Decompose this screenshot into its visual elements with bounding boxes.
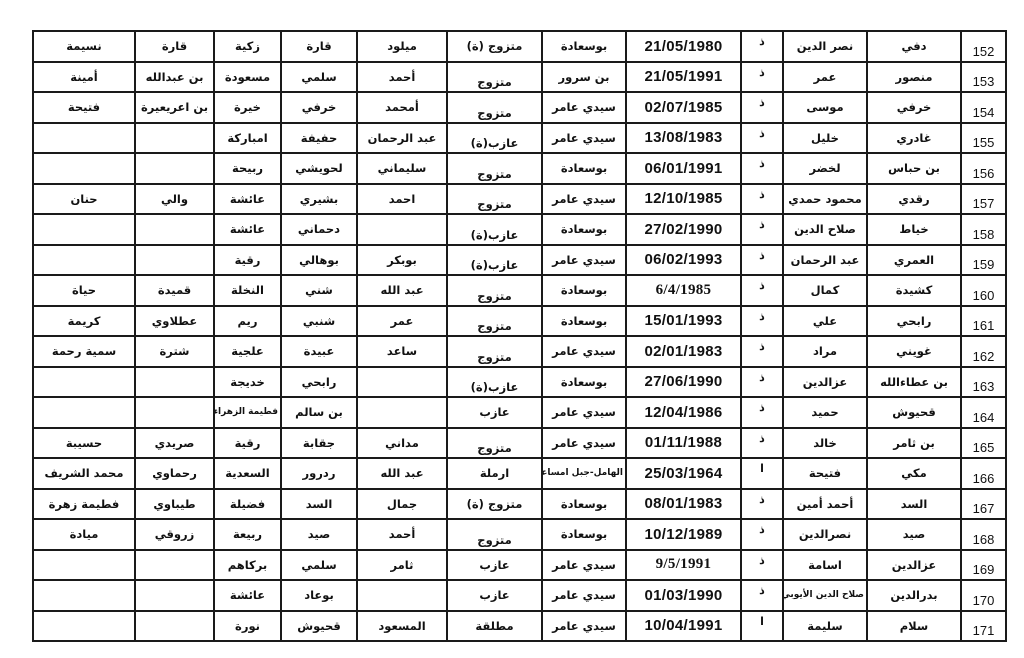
table-row: حسيبةصريديرقيةجقابةمدانيمتزوجسيدي عامر01… [33, 428, 1006, 459]
table-row: محمد الشريفرحماويالسعديةردرورعبد اللهارم… [33, 458, 1006, 489]
mother-first-name-2-cell: ميادة [33, 519, 135, 550]
mother-last-name-2-cell: قميدة [135, 275, 214, 306]
mother-first-name-cell: زكية [214, 31, 281, 62]
birth-place-cell: سيدي عامر [542, 184, 626, 215]
birth-date-cell: 21/05/1980 [626, 31, 741, 62]
last-name-cell: مكي [867, 458, 961, 489]
sex-cell: ذ [741, 428, 783, 459]
mother-last-name-2-cell [135, 123, 214, 154]
father-name-cell [357, 367, 447, 398]
mother-first-name-2-cell: فتيحة [33, 92, 135, 123]
marital-status-cell: متزوج [447, 184, 542, 215]
father-name-cell: ساعد [357, 336, 447, 367]
birth-place-cell: سيدي عامر [542, 123, 626, 154]
last-name-cell: دفي [867, 31, 961, 62]
mother-last-name-2-cell [135, 397, 214, 428]
mother-first-name-2-cell [33, 397, 135, 428]
mother-first-name-2-cell: أمينة [33, 62, 135, 93]
last-name-cell: صيد [867, 519, 961, 550]
row-number-cell: 162 [961, 336, 1006, 367]
marital-status-cell: متزوج [447, 336, 542, 367]
mother-last-name-cell: بوعاد [281, 580, 357, 611]
sex-cell: ذ [741, 550, 783, 581]
sex-cell: ذ [741, 31, 783, 62]
marital-status-cell: عازب [447, 397, 542, 428]
birth-place-cell: بوسعادة [542, 31, 626, 62]
mother-first-name-cell: علجية [214, 336, 281, 367]
first-name-cell: خالد [783, 428, 867, 459]
birth-date-cell: 12/10/1985 [626, 184, 741, 215]
mother-last-name-2-cell: طيباوي [135, 489, 214, 520]
table-row: نسيمةقارةزكيةقارةميلودمتزوج (ة)بوسعادة21… [33, 31, 1006, 62]
sex-cell: ذ [741, 519, 783, 550]
last-name-cell: منصور [867, 62, 961, 93]
birth-place-cell: بوسعادة [542, 153, 626, 184]
sex-cell: ذ [741, 62, 783, 93]
sex-cell: ذ [741, 184, 783, 215]
mother-first-name-2-cell [33, 367, 135, 398]
birth-place-cell: سيدي عامر [542, 336, 626, 367]
mother-last-name-cell: خرفي [281, 92, 357, 123]
table-row: أمينةبن عبداللهمسعودةسلميأحمدمتزوجبن سرو… [33, 62, 1006, 93]
birth-place-cell: سيدي عامر [542, 397, 626, 428]
first-name-cell: محمود حمدي [783, 184, 867, 215]
last-name-cell: كشيدة [867, 275, 961, 306]
mother-last-name-cell: جقابة [281, 428, 357, 459]
table-row: عائشةبوعادعازبسيدي عامر01/03/1990ذصلاح ا… [33, 580, 1006, 611]
birth-date-cell: 9/5/1991 [626, 550, 741, 581]
mother-last-name-2-cell: صريدي [135, 428, 214, 459]
mother-first-name-cell: خديجة [214, 367, 281, 398]
birth-place-cell: بوسعادة [542, 489, 626, 520]
birth-place-cell: الهامل-جبل امساعد [542, 458, 626, 489]
mother-last-name-2-cell: قارة [135, 31, 214, 62]
mother-first-name-2-cell: حسيبة [33, 428, 135, 459]
first-name-cell: أحمد أمين [783, 489, 867, 520]
mother-first-name-2-cell [33, 153, 135, 184]
mother-first-name-cell: فضيلة [214, 489, 281, 520]
first-name-cell: عمر [783, 62, 867, 93]
birth-date-cell: 02/07/1985 [626, 92, 741, 123]
mother-last-name-2-cell: رحماوي [135, 458, 214, 489]
marital-status-cell: عازب(ة) [447, 214, 542, 245]
birth-date-cell: 25/03/1964 [626, 458, 741, 489]
first-name-cell: فتيحة [783, 458, 867, 489]
birth-date-cell: 08/01/1983 [626, 489, 741, 520]
last-name-cell: رقدي [867, 184, 961, 215]
marital-status-cell: متزوج [447, 519, 542, 550]
last-name-cell: السد [867, 489, 961, 520]
first-name-cell: عبد الرحمان [783, 245, 867, 276]
birth-date-cell: 06/02/1993 [626, 245, 741, 276]
mother-last-name-2-cell [135, 153, 214, 184]
table-row: ربيحةلحويشيسليمانيمتزوجبوسعادة06/01/1991… [33, 153, 1006, 184]
marital-status-cell: متزوج (ة) [447, 489, 542, 520]
birth-date-cell: 27/06/1990 [626, 367, 741, 398]
sex-cell: ذ [741, 397, 783, 428]
birth-place-cell: بوسعادة [542, 519, 626, 550]
mother-first-name-cell: عائشة [214, 184, 281, 215]
row-number-cell: 168 [961, 519, 1006, 550]
sex-cell: ا [741, 611, 783, 642]
birth-place-cell: سيدي عامر [542, 611, 626, 642]
mother-last-name-2-cell [135, 367, 214, 398]
mother-first-name-2-cell: سمية رحمة [33, 336, 135, 367]
mother-last-name-cell: ردرور [281, 458, 357, 489]
father-name-cell [357, 580, 447, 611]
father-name-cell: أحمد [357, 62, 447, 93]
mother-last-name-cell: صيد [281, 519, 357, 550]
mother-first-name-2-cell [33, 611, 135, 642]
mother-last-name-cell: بشيري [281, 184, 357, 215]
row-number-cell: 160 [961, 275, 1006, 306]
row-number-cell: 167 [961, 489, 1006, 520]
row-number-cell: 159 [961, 245, 1006, 276]
mother-last-name-cell: رابحي [281, 367, 357, 398]
first-name-cell: صلاح الدين الأيوبي [783, 580, 867, 611]
row-number-cell: 156 [961, 153, 1006, 184]
sex-cell: ذ [741, 367, 783, 398]
mother-first-name-2-cell [33, 550, 135, 581]
mother-last-name-cell: سلمي [281, 62, 357, 93]
mother-last-name-2-cell [135, 611, 214, 642]
mother-first-name-cell: فطيمة الزهراء [214, 397, 281, 428]
birth-date-cell: 01/03/1990 [626, 580, 741, 611]
mother-first-name-2-cell [33, 214, 135, 245]
mother-last-name-2-cell: والي [135, 184, 214, 215]
father-name-cell: عمر [357, 306, 447, 337]
row-number-cell: 164 [961, 397, 1006, 428]
first-name-cell: علي [783, 306, 867, 337]
father-name-cell: بوبكر [357, 245, 447, 276]
mother-first-name-cell: امباركة [214, 123, 281, 154]
father-name-cell: مداني [357, 428, 447, 459]
mother-last-name-2-cell: زروقي [135, 519, 214, 550]
sex-cell: ذ [741, 92, 783, 123]
first-name-cell: موسى [783, 92, 867, 123]
table-row: نورةقحيوشالمسعودمطلقةسيدي عامر10/04/1991… [33, 611, 1006, 642]
birth-place-cell: سيدي عامر [542, 580, 626, 611]
row-number-cell: 161 [961, 306, 1006, 337]
table-row: رقيةبوهاليبوبكرعازب(ة)سيدي عامر06/02/199… [33, 245, 1006, 276]
row-number-cell: 170 [961, 580, 1006, 611]
row-number-cell: 163 [961, 367, 1006, 398]
table-row: حنانواليعائشةبشيرياحمدمتزوجسيدي عامر12/1… [33, 184, 1006, 215]
father-name-cell [357, 214, 447, 245]
row-number-cell: 154 [961, 92, 1006, 123]
mother-last-name-cell: بن سالم [281, 397, 357, 428]
table-row: سمية رحمةشترةعلجيةعبيدةساعدمتزوجسيدي عام… [33, 336, 1006, 367]
mother-last-name-2-cell [135, 580, 214, 611]
father-name-cell: جمال [357, 489, 447, 520]
mother-first-name-cell: ريم [214, 306, 281, 337]
row-number-cell: 157 [961, 184, 1006, 215]
mother-first-name-2-cell [33, 123, 135, 154]
marital-status-cell: متزوج [447, 153, 542, 184]
last-name-cell: بدرالدين [867, 580, 961, 611]
marital-status-cell: متزوج (ة) [447, 31, 542, 62]
mother-last-name-cell: بوهالي [281, 245, 357, 276]
mother-last-name-2-cell [135, 214, 214, 245]
table-row: امباركةحفيفةعبد الرحمانعازب(ة)سيدي عامر1… [33, 123, 1006, 154]
table-row: فطيمة الزهراءبن سالمعازبسيدي عامر12/04/1… [33, 397, 1006, 428]
sex-cell: ذ [741, 336, 783, 367]
table-row: ميادةزروقيربيعةصيدأحمدمتزوجبوسعادة10/12/… [33, 519, 1006, 550]
birth-place-cell: سيدي عامر [542, 245, 626, 276]
last-name-cell: عزالدين [867, 550, 961, 581]
birth-date-cell: 02/01/1983 [626, 336, 741, 367]
row-number-cell: 153 [961, 62, 1006, 93]
mother-first-name-2-cell [33, 580, 135, 611]
mother-first-name-2-cell: حنان [33, 184, 135, 215]
mother-first-name-cell: ربيعة [214, 519, 281, 550]
mother-last-name-cell: قحيوش [281, 611, 357, 642]
mother-last-name-2-cell: بن عبدالله [135, 62, 214, 93]
first-name-cell: صلاح الدين [783, 214, 867, 245]
table-row: فتيحةبن اعريعيرةخيرةخرفيأمحمدمتزوجسيدي ع… [33, 92, 1006, 123]
sex-cell: ذ [741, 245, 783, 276]
father-name-cell: أحمد [357, 519, 447, 550]
birth-place-cell: سيدي عامر [542, 92, 626, 123]
last-name-cell: بن حباس [867, 153, 961, 184]
table-row: كريمةعطلاويريمشنبيعمرمتزوجبوسعادة15/01/1… [33, 306, 1006, 337]
birth-place-cell: بوسعادة [542, 306, 626, 337]
marital-status-cell: عازب(ة) [447, 367, 542, 398]
last-name-cell: خرفي [867, 92, 961, 123]
birth-date-cell: 01/11/1988 [626, 428, 741, 459]
birth-place-cell: بوسعادة [542, 214, 626, 245]
last-name-cell: غادري [867, 123, 961, 154]
birth-date-cell: 21/05/1991 [626, 62, 741, 93]
mother-first-name-2-cell: محمد الشريف [33, 458, 135, 489]
mother-last-name-cell: سلمي [281, 550, 357, 581]
mother-first-name-2-cell: نسيمة [33, 31, 135, 62]
mother-first-name-cell: نورة [214, 611, 281, 642]
table-row: عائشةدحمانيعازب(ة)بوسعادة27/02/1990ذصلاح… [33, 214, 1006, 245]
mother-first-name-2-cell: كريمة [33, 306, 135, 337]
row-number-cell: 152 [961, 31, 1006, 62]
first-name-cell: عزالدين [783, 367, 867, 398]
birth-place-cell: سيدي عامر [542, 550, 626, 581]
mother-last-name-cell: لحويشي [281, 153, 357, 184]
marital-status-cell: عازب [447, 550, 542, 581]
last-name-cell: غويني [867, 336, 961, 367]
mother-first-name-cell: رقية [214, 245, 281, 276]
registry-table: نسيمةقارةزكيةقارةميلودمتزوج (ة)بوسعادة21… [32, 30, 1007, 642]
mother-last-name-cell: عبيدة [281, 336, 357, 367]
sex-cell: ذ [741, 306, 783, 337]
birth-date-cell: 13/08/1983 [626, 123, 741, 154]
birth-place-cell: بوسعادة [542, 275, 626, 306]
birth-date-cell: 10/04/1991 [626, 611, 741, 642]
birth-date-cell: 6/4/1985 [626, 275, 741, 306]
mother-last-name-2-cell: شترة [135, 336, 214, 367]
marital-status-cell: متزوج [447, 306, 542, 337]
mother-first-name-cell: بركاهم [214, 550, 281, 581]
last-name-cell: قحيوش [867, 397, 961, 428]
last-name-cell: رابحي [867, 306, 961, 337]
mother-last-name-2-cell [135, 245, 214, 276]
row-number-cell: 158 [961, 214, 1006, 245]
table-row: فطيمة زهرةطيباويفضيلةالسدجمالمتزوج (ة)بو… [33, 489, 1006, 520]
row-number-cell: 165 [961, 428, 1006, 459]
father-name-cell: ميلود [357, 31, 447, 62]
mother-last-name-cell: السد [281, 489, 357, 520]
first-name-cell: اسامة [783, 550, 867, 581]
sex-cell: ذ [741, 275, 783, 306]
father-name-cell: عبد الله [357, 275, 447, 306]
mother-last-name-cell: شني [281, 275, 357, 306]
mother-first-name-2-cell: فطيمة زهرة [33, 489, 135, 520]
sex-cell: ا [741, 458, 783, 489]
father-name-cell: أمحمد [357, 92, 447, 123]
birth-date-cell: 27/02/1990 [626, 214, 741, 245]
mother-last-name-2-cell [135, 550, 214, 581]
last-name-cell: خياط [867, 214, 961, 245]
table-row: بركاهمسلميثامرعازبسيدي عامر9/5/1991ذاسام… [33, 550, 1006, 581]
marital-status-cell: متزوج [447, 428, 542, 459]
mother-first-name-cell: النخلة [214, 275, 281, 306]
row-number-cell: 169 [961, 550, 1006, 581]
row-number-cell: 166 [961, 458, 1006, 489]
marital-status-cell: متزوج [447, 275, 542, 306]
sex-cell: ذ [741, 489, 783, 520]
birth-date-cell: 15/01/1993 [626, 306, 741, 337]
mother-first-name-2-cell [33, 245, 135, 276]
mother-first-name-cell: رقية [214, 428, 281, 459]
father-name-cell: سليماني [357, 153, 447, 184]
mother-last-name-cell: شنبي [281, 306, 357, 337]
marital-status-cell: متزوج [447, 92, 542, 123]
birth-date-cell: 10/12/1989 [626, 519, 741, 550]
marital-status-cell: ارملة [447, 458, 542, 489]
mother-last-name-cell: دحماني [281, 214, 357, 245]
mother-first-name-cell: السعدية [214, 458, 281, 489]
mother-last-name-2-cell: عطلاوي [135, 306, 214, 337]
sex-cell: ذ [741, 123, 783, 154]
birth-date-cell: 12/04/1986 [626, 397, 741, 428]
marital-status-cell: عازب(ة) [447, 245, 542, 276]
last-name-cell: سلام [867, 611, 961, 642]
father-name-cell: احمد [357, 184, 447, 215]
table-row: خديجةرابحيعازب(ة)بوسعادة27/06/1990ذعزالد… [33, 367, 1006, 398]
row-number-cell: 171 [961, 611, 1006, 642]
first-name-cell: سليمة [783, 611, 867, 642]
sex-cell: ذ [741, 214, 783, 245]
mother-first-name-cell: ربيحة [214, 153, 281, 184]
first-name-cell: خليل [783, 123, 867, 154]
last-name-cell: العمري [867, 245, 961, 276]
birth-place-cell: بن سرور [542, 62, 626, 93]
father-name-cell: المسعود [357, 611, 447, 642]
birth-place-cell: سيدي عامر [542, 428, 626, 459]
sex-cell: ذ [741, 153, 783, 184]
father-name-cell [357, 397, 447, 428]
marital-status-cell: عازب [447, 580, 542, 611]
last-name-cell: بن عطاءالله [867, 367, 961, 398]
table-row: حياةقميدةالنخلةشنيعبد اللهمتزوجبوسعادة6/… [33, 275, 1006, 306]
father-name-cell: ثامر [357, 550, 447, 581]
first-name-cell: مراد [783, 336, 867, 367]
sex-cell: ذ [741, 580, 783, 611]
birth-date-cell: 06/01/1991 [626, 153, 741, 184]
first-name-cell: نصر الدين [783, 31, 867, 62]
first-name-cell: حميد [783, 397, 867, 428]
mother-last-name-2-cell: بن اعريعيرة [135, 92, 214, 123]
mother-first-name-cell: مسعودة [214, 62, 281, 93]
last-name-cell: بن ثامر [867, 428, 961, 459]
birth-place-cell: بوسعادة [542, 367, 626, 398]
first-name-cell: نصرالدين [783, 519, 867, 550]
row-number-cell: 155 [961, 123, 1006, 154]
mother-first-name-cell: عائشة [214, 580, 281, 611]
first-name-cell: كمال [783, 275, 867, 306]
marital-status-cell: مطلقة [447, 611, 542, 642]
registry-table-body: نسيمةقارةزكيةقارةميلودمتزوج (ة)بوسعادة21… [33, 31, 1006, 641]
mother-last-name-cell: قارة [281, 31, 357, 62]
mother-first-name-cell: خيرة [214, 92, 281, 123]
father-name-cell: عبد الله [357, 458, 447, 489]
first-name-cell: لخضر [783, 153, 867, 184]
mother-last-name-cell: حفيفة [281, 123, 357, 154]
mother-first-name-cell: عائشة [214, 214, 281, 245]
father-name-cell: عبد الرحمان [357, 123, 447, 154]
marital-status-cell: عازب(ة) [447, 123, 542, 154]
marital-status-cell: متزوج [447, 62, 542, 93]
mother-first-name-2-cell: حياة [33, 275, 135, 306]
